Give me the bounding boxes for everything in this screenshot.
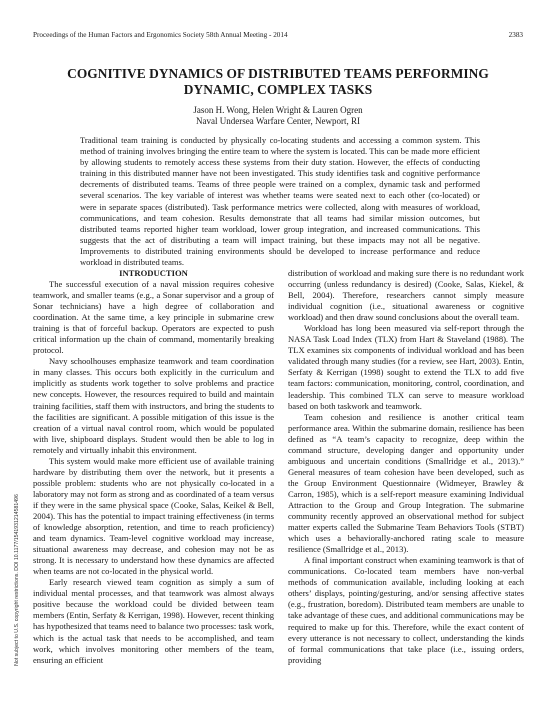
body-paragraph: The successful execution of a naval miss… — [33, 279, 274, 356]
running-header: Proceedings of the Human Factors and Erg… — [33, 31, 523, 40]
paper-title: COGNITIVE DYNAMICS OF DISTRIBUTED TEAMS … — [0, 66, 556, 98]
copyright-doi-notice: Not subject to U.S. copyright restrictio… — [14, 460, 20, 700]
body-paragraph: This system would make more efficient us… — [33, 456, 274, 578]
author-names: Jason H. Wong, Helen Wright & Lauren Ogr… — [0, 105, 556, 116]
right-column: distribution of workload and making sure… — [288, 268, 524, 666]
body-paragraph: Navy schoolhouses emphasize teamwork and… — [33, 356, 274, 455]
body-paragraph: Team cohesion and resilience is another … — [288, 412, 524, 556]
title-line-1: COGNITIVE DYNAMICS OF DISTRIBUTED TEAMS … — [0, 66, 556, 82]
left-column: INTRODUCTION The successful execution of… — [33, 268, 274, 666]
body-paragraph: Workload has long been measured via self… — [288, 323, 524, 411]
proceedings-citation: Proceedings of the Human Factors and Erg… — [33, 31, 288, 40]
body-paragraph: Early research viewed team cognition as … — [33, 577, 274, 665]
body-paragraph: A final important construct when examini… — [288, 555, 524, 665]
page-number: 2383 — [509, 31, 523, 40]
section-heading-introduction: INTRODUCTION — [33, 268, 274, 279]
abstract: Traditional team training is conducted b… — [80, 135, 480, 268]
abstract-text: Traditional team training is conducted b… — [80, 135, 480, 268]
title-line-2: DYNAMIC, COMPLEX TASKS — [0, 82, 556, 98]
author-affiliation: Naval Undersea Warfare Center, Newport, … — [0, 116, 556, 127]
author-block: Jason H. Wong, Helen Wright & Lauren Ogr… — [0, 105, 556, 127]
body-paragraph-continuation: distribution of workload and making sure… — [288, 268, 524, 323]
